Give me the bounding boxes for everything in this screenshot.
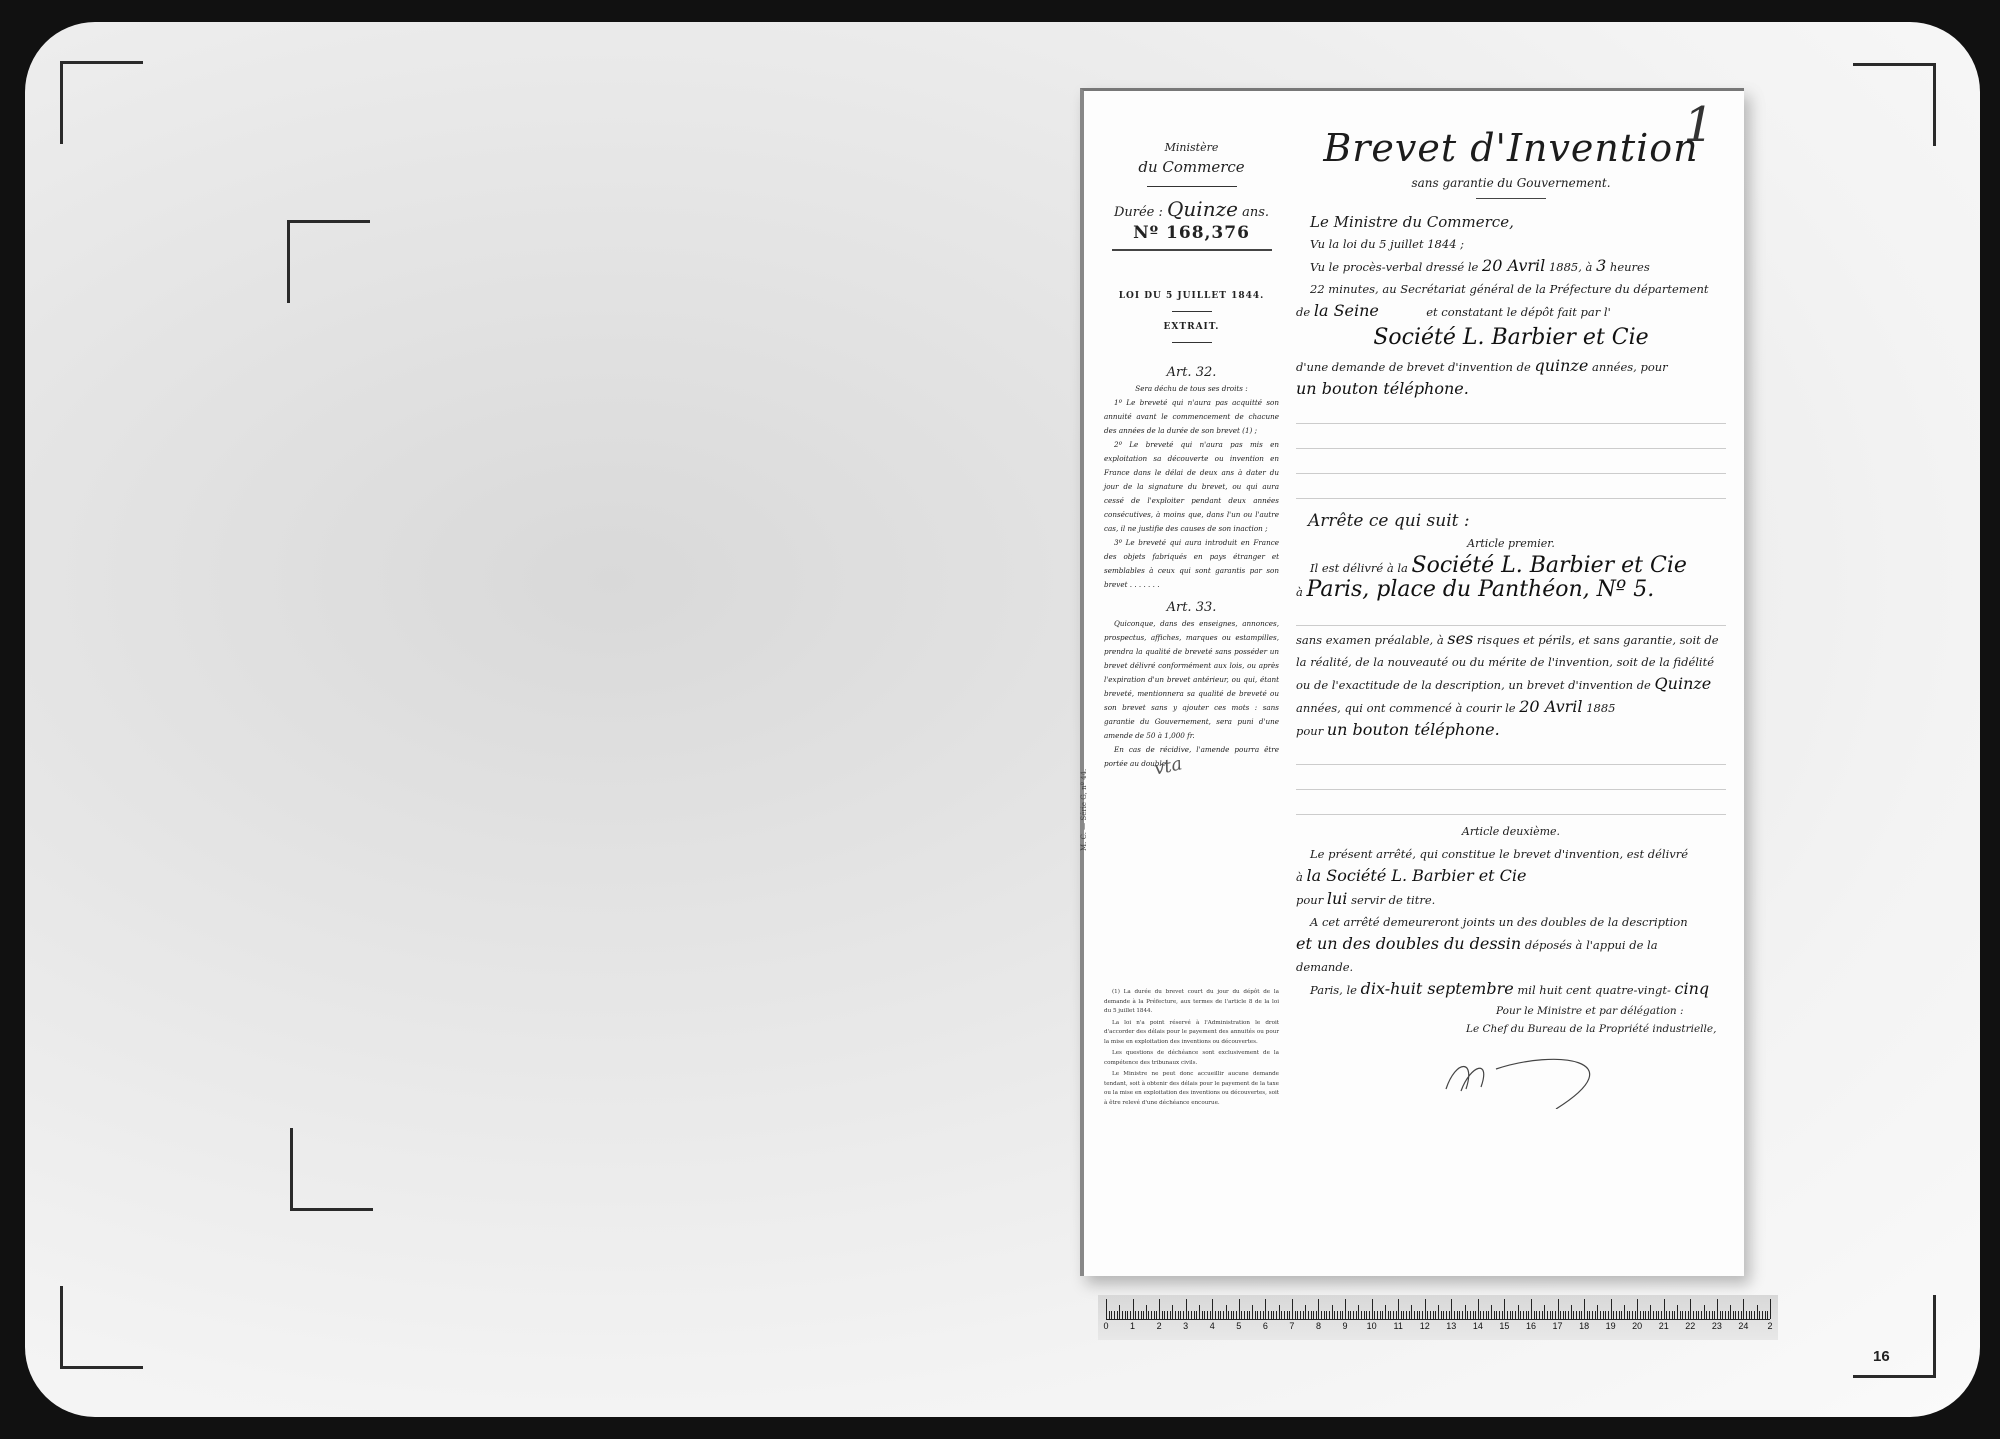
ruler-tick bbox=[1677, 1305, 1678, 1319]
pv-time-prefix: , à bbox=[1578, 260, 1592, 274]
article2-body-2: pour lui servir de titre. bbox=[1296, 888, 1726, 911]
ruler-tick bbox=[1435, 1311, 1436, 1319]
ruler-tick bbox=[1361, 1311, 1362, 1319]
department: la Seine bbox=[1314, 301, 1379, 320]
ruler-tick bbox=[1475, 1311, 1476, 1319]
ruler-tick bbox=[1672, 1311, 1673, 1319]
ruler-tick bbox=[1380, 1311, 1381, 1319]
ruler-tick bbox=[1770, 1299, 1771, 1319]
ruler-tick bbox=[1603, 1311, 1604, 1319]
ruler-tick bbox=[1730, 1305, 1731, 1319]
ruler-tick bbox=[1148, 1311, 1149, 1319]
ruler-tick bbox=[1215, 1311, 1216, 1319]
ruler-tick bbox=[1151, 1311, 1152, 1319]
ruler-tick bbox=[1109, 1311, 1110, 1319]
ruler-label: 3 bbox=[1183, 1321, 1188, 1331]
body-text: années, qui ont commencé à courir le bbox=[1296, 701, 1516, 715]
ruler-tick bbox=[1751, 1311, 1752, 1319]
ruler-tick bbox=[1483, 1311, 1484, 1319]
patent-number-label: Nº bbox=[1133, 223, 1159, 243]
ruler-tick bbox=[1114, 1311, 1115, 1319]
ruler-tick bbox=[1143, 1311, 1144, 1319]
ruler-tick bbox=[1345, 1299, 1346, 1319]
ruler-tick bbox=[1106, 1299, 1107, 1319]
corner-mark-top-left bbox=[60, 61, 143, 144]
art32-p2: 2º Le breveté qui n'aura pas mis en expl… bbox=[1104, 438, 1279, 536]
ruler-tick bbox=[1491, 1305, 1492, 1319]
ruler-tick bbox=[1342, 1311, 1343, 1319]
ruler-tick bbox=[1271, 1311, 1272, 1319]
art33-p1: Quiconque, dans des enseignes, annonces,… bbox=[1104, 617, 1279, 743]
ruler-tick bbox=[1595, 1311, 1596, 1319]
ruler-tick bbox=[1372, 1299, 1373, 1319]
ruler-tick bbox=[1233, 1311, 1234, 1319]
ruler-label: 19 bbox=[1606, 1321, 1616, 1331]
ruler-tick bbox=[1741, 1311, 1742, 1319]
ruler-tick bbox=[1340, 1311, 1341, 1319]
ruler-tick bbox=[1486, 1311, 1487, 1319]
blank-line bbox=[1296, 767, 1726, 790]
ruler-tick bbox=[1135, 1311, 1136, 1319]
ruler-tick bbox=[1289, 1311, 1290, 1319]
ruler-tick bbox=[1406, 1311, 1407, 1319]
ruler-tick bbox=[1374, 1311, 1375, 1319]
ruler-tick bbox=[1422, 1311, 1423, 1319]
ruler-tick bbox=[1728, 1311, 1729, 1319]
ruler-tick bbox=[1398, 1299, 1399, 1319]
ruler-tick bbox=[1364, 1311, 1365, 1319]
ruler-tick bbox=[1701, 1311, 1702, 1319]
ruler-tick bbox=[1427, 1311, 1428, 1319]
body-text: risques et périls, et sans garantie, soi… bbox=[1477, 633, 1719, 647]
article1-body-3: ou de l'exactitude de la description, un… bbox=[1296, 673, 1726, 696]
ruler-tick bbox=[1597, 1305, 1598, 1319]
ruler-tick bbox=[1765, 1311, 1766, 1319]
ruler-tick bbox=[1653, 1311, 1654, 1319]
request-line: d'une demande de brevet d'invention de q… bbox=[1296, 355, 1726, 378]
ruler-tick bbox=[1488, 1311, 1489, 1319]
ruler-tick bbox=[1133, 1299, 1134, 1319]
ruler-tick bbox=[1510, 1311, 1511, 1319]
pv-date: 20 Avril bbox=[1482, 256, 1545, 275]
holder-address: Paris, place du Panthéon, Nº 5. bbox=[1307, 577, 1655, 602]
ruler-tick bbox=[1470, 1311, 1471, 1319]
start-date: 20 Avril bbox=[1519, 697, 1582, 716]
ruler-tick bbox=[1417, 1311, 1418, 1319]
ruler-tick bbox=[1661, 1311, 1662, 1319]
ruler-tick bbox=[1632, 1311, 1633, 1319]
ruler-tick bbox=[1608, 1311, 1609, 1319]
ruler-tick bbox=[1141, 1311, 1142, 1319]
ruler-tick bbox=[1712, 1311, 1713, 1319]
ruler-label: 9 bbox=[1343, 1321, 1348, 1331]
ruler-tick bbox=[1459, 1311, 1460, 1319]
article1-body-1: sans examen préalable, à ses risques et … bbox=[1296, 628, 1726, 651]
ruler-tick bbox=[1255, 1311, 1256, 1319]
article2-body-1: Le présent arrêté, qui constitue le brev… bbox=[1296, 843, 1726, 865]
ruler-tick bbox=[1218, 1311, 1219, 1319]
ruler-tick bbox=[1666, 1311, 1667, 1319]
ruler-tick bbox=[1714, 1311, 1715, 1319]
ruler-tick bbox=[1706, 1311, 1707, 1319]
article2-body-3: A cet arrêté demeureront joints un des d… bbox=[1296, 911, 1726, 933]
ruler-tick bbox=[1494, 1311, 1495, 1319]
ruler-tick bbox=[1539, 1311, 1540, 1319]
ruler-tick bbox=[1212, 1299, 1213, 1319]
ruler-tick bbox=[1457, 1311, 1458, 1319]
department-line: de la Seine et constatant le dépôt fait … bbox=[1296, 300, 1726, 323]
ruler-tick bbox=[1648, 1311, 1649, 1319]
ruler-tick bbox=[1571, 1305, 1572, 1319]
ornament-rule bbox=[1147, 186, 1237, 187]
ruler-label: 13 bbox=[1446, 1321, 1456, 1331]
ruler-tick bbox=[1268, 1311, 1269, 1319]
ruler-label: 20 bbox=[1632, 1321, 1642, 1331]
ruler-tick bbox=[1127, 1311, 1128, 1319]
ruler-tick bbox=[1159, 1299, 1160, 1319]
ruler-tick bbox=[1308, 1311, 1309, 1319]
ruler-tick bbox=[1186, 1299, 1187, 1319]
art32-p1: 1º Le breveté qui n'aura pas acquitté so… bbox=[1104, 396, 1279, 438]
ruler-tick bbox=[1241, 1311, 1242, 1319]
ruler-tick bbox=[1563, 1311, 1564, 1319]
pv-prefix: Vu le procès-verbal dressé le bbox=[1310, 260, 1478, 274]
ruler-tick bbox=[1507, 1311, 1508, 1319]
pv-hour: 3 bbox=[1596, 256, 1606, 275]
ruler-tick bbox=[1199, 1305, 1200, 1319]
risk-word: ses bbox=[1447, 629, 1473, 648]
signature-mark bbox=[1436, 1049, 1616, 1109]
ruler-tick bbox=[1239, 1299, 1240, 1319]
ruler-label: 15 bbox=[1499, 1321, 1509, 1331]
ruler-tick bbox=[1303, 1311, 1304, 1319]
blank-line bbox=[1296, 401, 1726, 424]
ruler-tick bbox=[1762, 1311, 1763, 1319]
ruler-tick bbox=[1287, 1311, 1288, 1319]
ruler-tick bbox=[1207, 1311, 1208, 1319]
divider bbox=[1172, 342, 1212, 343]
ruler-tick bbox=[1279, 1305, 1280, 1319]
request-suffix: années, pour bbox=[1592, 360, 1668, 374]
dated-day-month: dix-huit septembre bbox=[1361, 979, 1514, 998]
dated-line: Paris, le dix-huit septembre mil huit ce… bbox=[1296, 978, 1726, 1001]
ruler-tick bbox=[1605, 1311, 1606, 1319]
ruler-tick bbox=[1584, 1299, 1585, 1319]
ruler-tick bbox=[1592, 1311, 1593, 1319]
ministry-line2: du Commerce bbox=[1104, 158, 1279, 176]
article1-address-line: à Paris, place du Panthéon, Nº 5. bbox=[1296, 579, 1726, 603]
ruler-tick bbox=[1125, 1311, 1126, 1319]
extract-label: EXTRAIT. bbox=[1104, 322, 1279, 332]
ruler-tick bbox=[1451, 1299, 1452, 1319]
ruler-tick bbox=[1512, 1311, 1513, 1319]
ruler-tick bbox=[1244, 1311, 1245, 1319]
footnote: La loi n'a point réservé à l'Administrat… bbox=[1104, 1019, 1279, 1048]
dated-year-hand: cinq bbox=[1675, 979, 1710, 998]
left-column: Ministère du Commerce Durée : Quinze ans… bbox=[1104, 141, 1279, 771]
ruler-tick bbox=[1385, 1305, 1386, 1319]
ruler-label: 10 bbox=[1367, 1321, 1377, 1331]
body-text: ou de l'exactitude de la description, un… bbox=[1296, 678, 1651, 692]
ruler-tick bbox=[1247, 1311, 1248, 1319]
ruler-label: 18 bbox=[1579, 1321, 1589, 1331]
ruler-tick bbox=[1465, 1305, 1466, 1319]
ruler-tick bbox=[1194, 1311, 1195, 1319]
blank-line bbox=[1296, 476, 1726, 499]
ruler-tick bbox=[1579, 1311, 1580, 1319]
law-title: LOI DU 5 JUILLET 1844. bbox=[1104, 291, 1279, 301]
ruler-tick bbox=[1587, 1311, 1588, 1319]
ruler-tick bbox=[1260, 1311, 1261, 1319]
ruler-tick bbox=[1611, 1299, 1612, 1319]
ruler-tick bbox=[1393, 1311, 1394, 1319]
ruler-tick bbox=[1223, 1311, 1224, 1319]
art32-intro: Sera déchu de tous ses droits : bbox=[1104, 382, 1279, 396]
invention-line: un bouton téléphone. bbox=[1296, 378, 1726, 401]
ruler-label: 11 bbox=[1393, 1321, 1402, 1331]
proces-verbal-line: Vu le procès-verbal dressé le 20 Avril 1… bbox=[1296, 255, 1726, 278]
ruler-label: 22 bbox=[1685, 1321, 1695, 1331]
ruler-tick bbox=[1480, 1311, 1481, 1319]
ruler-tick bbox=[1281, 1311, 1282, 1319]
ruler-tick bbox=[1377, 1311, 1378, 1319]
ruler-tick bbox=[1743, 1299, 1744, 1319]
pv-hour-suffix: heures bbox=[1610, 260, 1650, 274]
ruler-tick bbox=[1664, 1299, 1665, 1319]
ruler-label: 17 bbox=[1553, 1321, 1563, 1331]
ruler-tick bbox=[1621, 1311, 1622, 1319]
divider bbox=[1172, 311, 1212, 312]
vu-loi-line: Vu la loi du 5 juillet 1844 ; bbox=[1296, 233, 1726, 255]
ruler-tick bbox=[1717, 1299, 1718, 1319]
ruler-tick bbox=[1316, 1311, 1317, 1319]
ruler-tick bbox=[1520, 1311, 1521, 1319]
ruler-label: 16 bbox=[1526, 1321, 1536, 1331]
holder-name: la Société L. Barbier et Cie bbox=[1307, 866, 1527, 885]
ruler-tick bbox=[1688, 1311, 1689, 1319]
ruler-tick bbox=[1555, 1311, 1556, 1319]
handwritten-word: lui bbox=[1327, 889, 1348, 908]
ruler-tick bbox=[1265, 1299, 1266, 1319]
ruler-tick bbox=[1619, 1311, 1620, 1319]
ruler-tick bbox=[1576, 1311, 1577, 1319]
ruler-tick bbox=[1558, 1299, 1559, 1319]
body-text: à bbox=[1296, 870, 1303, 884]
ruler-tick bbox=[1462, 1311, 1463, 1319]
art33-p2: En cas de récidive, l'amende pourra être… bbox=[1104, 743, 1279, 771]
ruler-tick bbox=[1536, 1311, 1537, 1319]
ruler-tick bbox=[1637, 1299, 1638, 1319]
ruler-tick bbox=[1722, 1311, 1723, 1319]
ruler-tick bbox=[1350, 1311, 1351, 1319]
corner-mark-bottom-left bbox=[60, 1286, 143, 1369]
ruler-tick bbox=[1600, 1311, 1601, 1319]
ruler-tick bbox=[1167, 1311, 1168, 1319]
dated-year-text: mil huit cent quatre-vingt- bbox=[1517, 983, 1671, 997]
ruler-label: 1 bbox=[1130, 1321, 1135, 1331]
ruler-tick bbox=[1438, 1305, 1439, 1319]
ruler-tick bbox=[1337, 1311, 1338, 1319]
ruler-tick bbox=[1449, 1311, 1450, 1319]
ruler-tick bbox=[1356, 1311, 1357, 1319]
body-text: servir de titre. bbox=[1351, 893, 1435, 907]
ruler-tick bbox=[1252, 1305, 1253, 1319]
ruler-tick bbox=[1643, 1311, 1644, 1319]
ruler-tick bbox=[1226, 1305, 1227, 1319]
blank-line bbox=[1296, 426, 1726, 449]
invention-title: un bouton téléphone. bbox=[1327, 720, 1500, 739]
ruler-tick bbox=[1419, 1311, 1420, 1319]
patent-sheet: 1 Ministère du Commerce Durée : Quinze a… bbox=[1080, 88, 1744, 1276]
ruler-tick bbox=[1542, 1311, 1543, 1319]
ruler-tick bbox=[1698, 1311, 1699, 1319]
ruler-tick bbox=[1515, 1311, 1516, 1319]
corner-mark-top-right bbox=[1853, 63, 1936, 146]
ruler-tick bbox=[1658, 1311, 1659, 1319]
ruler-tick bbox=[1146, 1305, 1147, 1319]
ruler-tick bbox=[1196, 1311, 1197, 1319]
ruler-tick bbox=[1746, 1311, 1747, 1319]
duration-field: Durée : Quinze ans. bbox=[1104, 197, 1279, 221]
main-column: Brevet d'Invention sans garantie du Gouv… bbox=[1296, 126, 1726, 1113]
ruler-tick bbox=[1154, 1311, 1155, 1319]
ruler-tick bbox=[1547, 1311, 1548, 1319]
blank-line bbox=[1296, 792, 1726, 815]
ruler-tick bbox=[1358, 1305, 1359, 1319]
ruler-tick bbox=[1499, 1311, 1500, 1319]
ruler-tick bbox=[1725, 1311, 1726, 1319]
ruler-tick bbox=[1478, 1299, 1479, 1319]
ruler-tick bbox=[1414, 1311, 1415, 1319]
ruler-tick bbox=[1573, 1311, 1574, 1319]
ruler-tick bbox=[1425, 1299, 1426, 1319]
crop-mark-inner-bottom-left bbox=[290, 1128, 373, 1211]
ruler-tick bbox=[1504, 1299, 1505, 1319]
footnote: (1) La durée du brevet court du jour du … bbox=[1104, 988, 1279, 1017]
ruler-tick bbox=[1111, 1311, 1112, 1319]
ruler-label: 24 bbox=[1738, 1321, 1748, 1331]
pv-year: 1885 bbox=[1549, 260, 1578, 274]
ruler-tick bbox=[1180, 1311, 1181, 1319]
art32-heading: Art. 32. bbox=[1104, 365, 1279, 380]
ruler-tick bbox=[1175, 1311, 1176, 1319]
ruler-tick bbox=[1696, 1311, 1697, 1319]
document-title: Brevet d'Invention bbox=[1296, 126, 1726, 170]
article1-body-4: années, qui ont commencé à courir le 20 … bbox=[1296, 696, 1726, 719]
ruler-tick bbox=[1682, 1311, 1683, 1319]
ruler-tick bbox=[1191, 1311, 1192, 1319]
ruler-tick bbox=[1249, 1311, 1250, 1319]
ruler-tick bbox=[1473, 1311, 1474, 1319]
ruler-tick bbox=[1640, 1311, 1641, 1319]
ruler-tick bbox=[1669, 1311, 1670, 1319]
ruler-tick bbox=[1366, 1311, 1367, 1319]
ruler-label: 7 bbox=[1289, 1321, 1294, 1331]
ruler-tick bbox=[1496, 1311, 1497, 1319]
ruler-tick bbox=[1228, 1311, 1229, 1319]
ruler-tick bbox=[1236, 1311, 1237, 1319]
ruler-tick bbox=[1502, 1311, 1503, 1319]
body-text: pour bbox=[1296, 893, 1323, 907]
ruler-tick bbox=[1162, 1311, 1163, 1319]
ruler-tick bbox=[1613, 1311, 1614, 1319]
footnotes: (1) La durée du brevet court du jour du … bbox=[1104, 988, 1279, 1110]
ruler-tick bbox=[1690, 1299, 1691, 1319]
ruler-tick bbox=[1263, 1311, 1264, 1319]
ruler-tick bbox=[1324, 1311, 1325, 1319]
dated-prefix: Paris, le bbox=[1310, 983, 1357, 997]
ruler-tick bbox=[1295, 1311, 1296, 1319]
request-years: quinze bbox=[1534, 356, 1588, 375]
ruler-tick bbox=[1680, 1311, 1681, 1319]
plate-number: 16 bbox=[1873, 1348, 1890, 1365]
article1-heading: Article premier. bbox=[1296, 533, 1726, 555]
pv-minutes: 22 bbox=[1310, 282, 1325, 296]
ruler-tick bbox=[1738, 1311, 1739, 1319]
blank-line bbox=[1296, 603, 1726, 626]
patent-number-value: 168,376 bbox=[1166, 223, 1250, 243]
body-text: sans examen préalable, à bbox=[1296, 633, 1444, 647]
ruler-tick bbox=[1552, 1311, 1553, 1319]
ruler-tick bbox=[1767, 1311, 1768, 1319]
minister-line: Le Ministre du Commerce, bbox=[1296, 211, 1726, 233]
ruler-tick bbox=[1534, 1311, 1535, 1319]
ruler-ticks bbox=[1106, 1299, 1770, 1320]
ruler-label: 4 bbox=[1210, 1321, 1215, 1331]
ruler-label: 5 bbox=[1236, 1321, 1241, 1331]
ruler-tick bbox=[1568, 1311, 1569, 1319]
ruler-tick bbox=[1709, 1311, 1710, 1319]
ruler-tick bbox=[1528, 1311, 1529, 1319]
ruler-tick bbox=[1627, 1311, 1628, 1319]
holder-name: Société L. Barbier et Cie bbox=[1412, 553, 1687, 578]
duration-value: Quinze bbox=[1167, 197, 1238, 221]
deposit-text: et constatant le dépôt fait par l' bbox=[1426, 305, 1611, 319]
ruler-tick bbox=[1467, 1311, 1468, 1319]
ruler-tick bbox=[1390, 1311, 1391, 1319]
ruler-tick bbox=[1526, 1311, 1527, 1319]
ornament-rule bbox=[1476, 198, 1546, 199]
ruler-tick bbox=[1544, 1305, 1545, 1319]
dept-prefix: de bbox=[1296, 305, 1310, 319]
ruler-label: 12 bbox=[1420, 1321, 1430, 1331]
divider bbox=[1112, 249, 1272, 251]
ruler-tick bbox=[1313, 1311, 1314, 1319]
ruler-tick bbox=[1276, 1311, 1277, 1319]
ruler-tick bbox=[1433, 1311, 1434, 1319]
ruler-tick bbox=[1210, 1311, 1211, 1319]
delivered-prefix: Il est délivré à la bbox=[1310, 561, 1408, 575]
ruler-tick bbox=[1650, 1305, 1651, 1319]
article2-body-4: et un des doubles du dessin déposés à l'… bbox=[1296, 933, 1726, 956]
ruler-tick bbox=[1635, 1311, 1636, 1319]
ruler-tick bbox=[1454, 1311, 1455, 1319]
ruler-label: 2 bbox=[1157, 1321, 1162, 1331]
body-text: pour bbox=[1296, 724, 1323, 738]
invention-title: un bouton téléphone. bbox=[1296, 379, 1469, 398]
ruler-tick bbox=[1130, 1311, 1131, 1319]
ruler-tick bbox=[1693, 1311, 1694, 1319]
form-reference: M. C. — Série G, nº 44. bbox=[1080, 769, 1088, 851]
ruler-tick bbox=[1759, 1311, 1760, 1319]
article2-heading: Article deuxième. bbox=[1296, 821, 1726, 843]
ruler-tick bbox=[1334, 1311, 1335, 1319]
request-prefix: d'une demande de brevet d'invention de bbox=[1296, 360, 1531, 374]
ruler-tick bbox=[1231, 1311, 1232, 1319]
ruler-tick bbox=[1332, 1305, 1333, 1319]
ruler-label: 23 bbox=[1712, 1321, 1722, 1331]
ruler-tick bbox=[1430, 1311, 1431, 1319]
